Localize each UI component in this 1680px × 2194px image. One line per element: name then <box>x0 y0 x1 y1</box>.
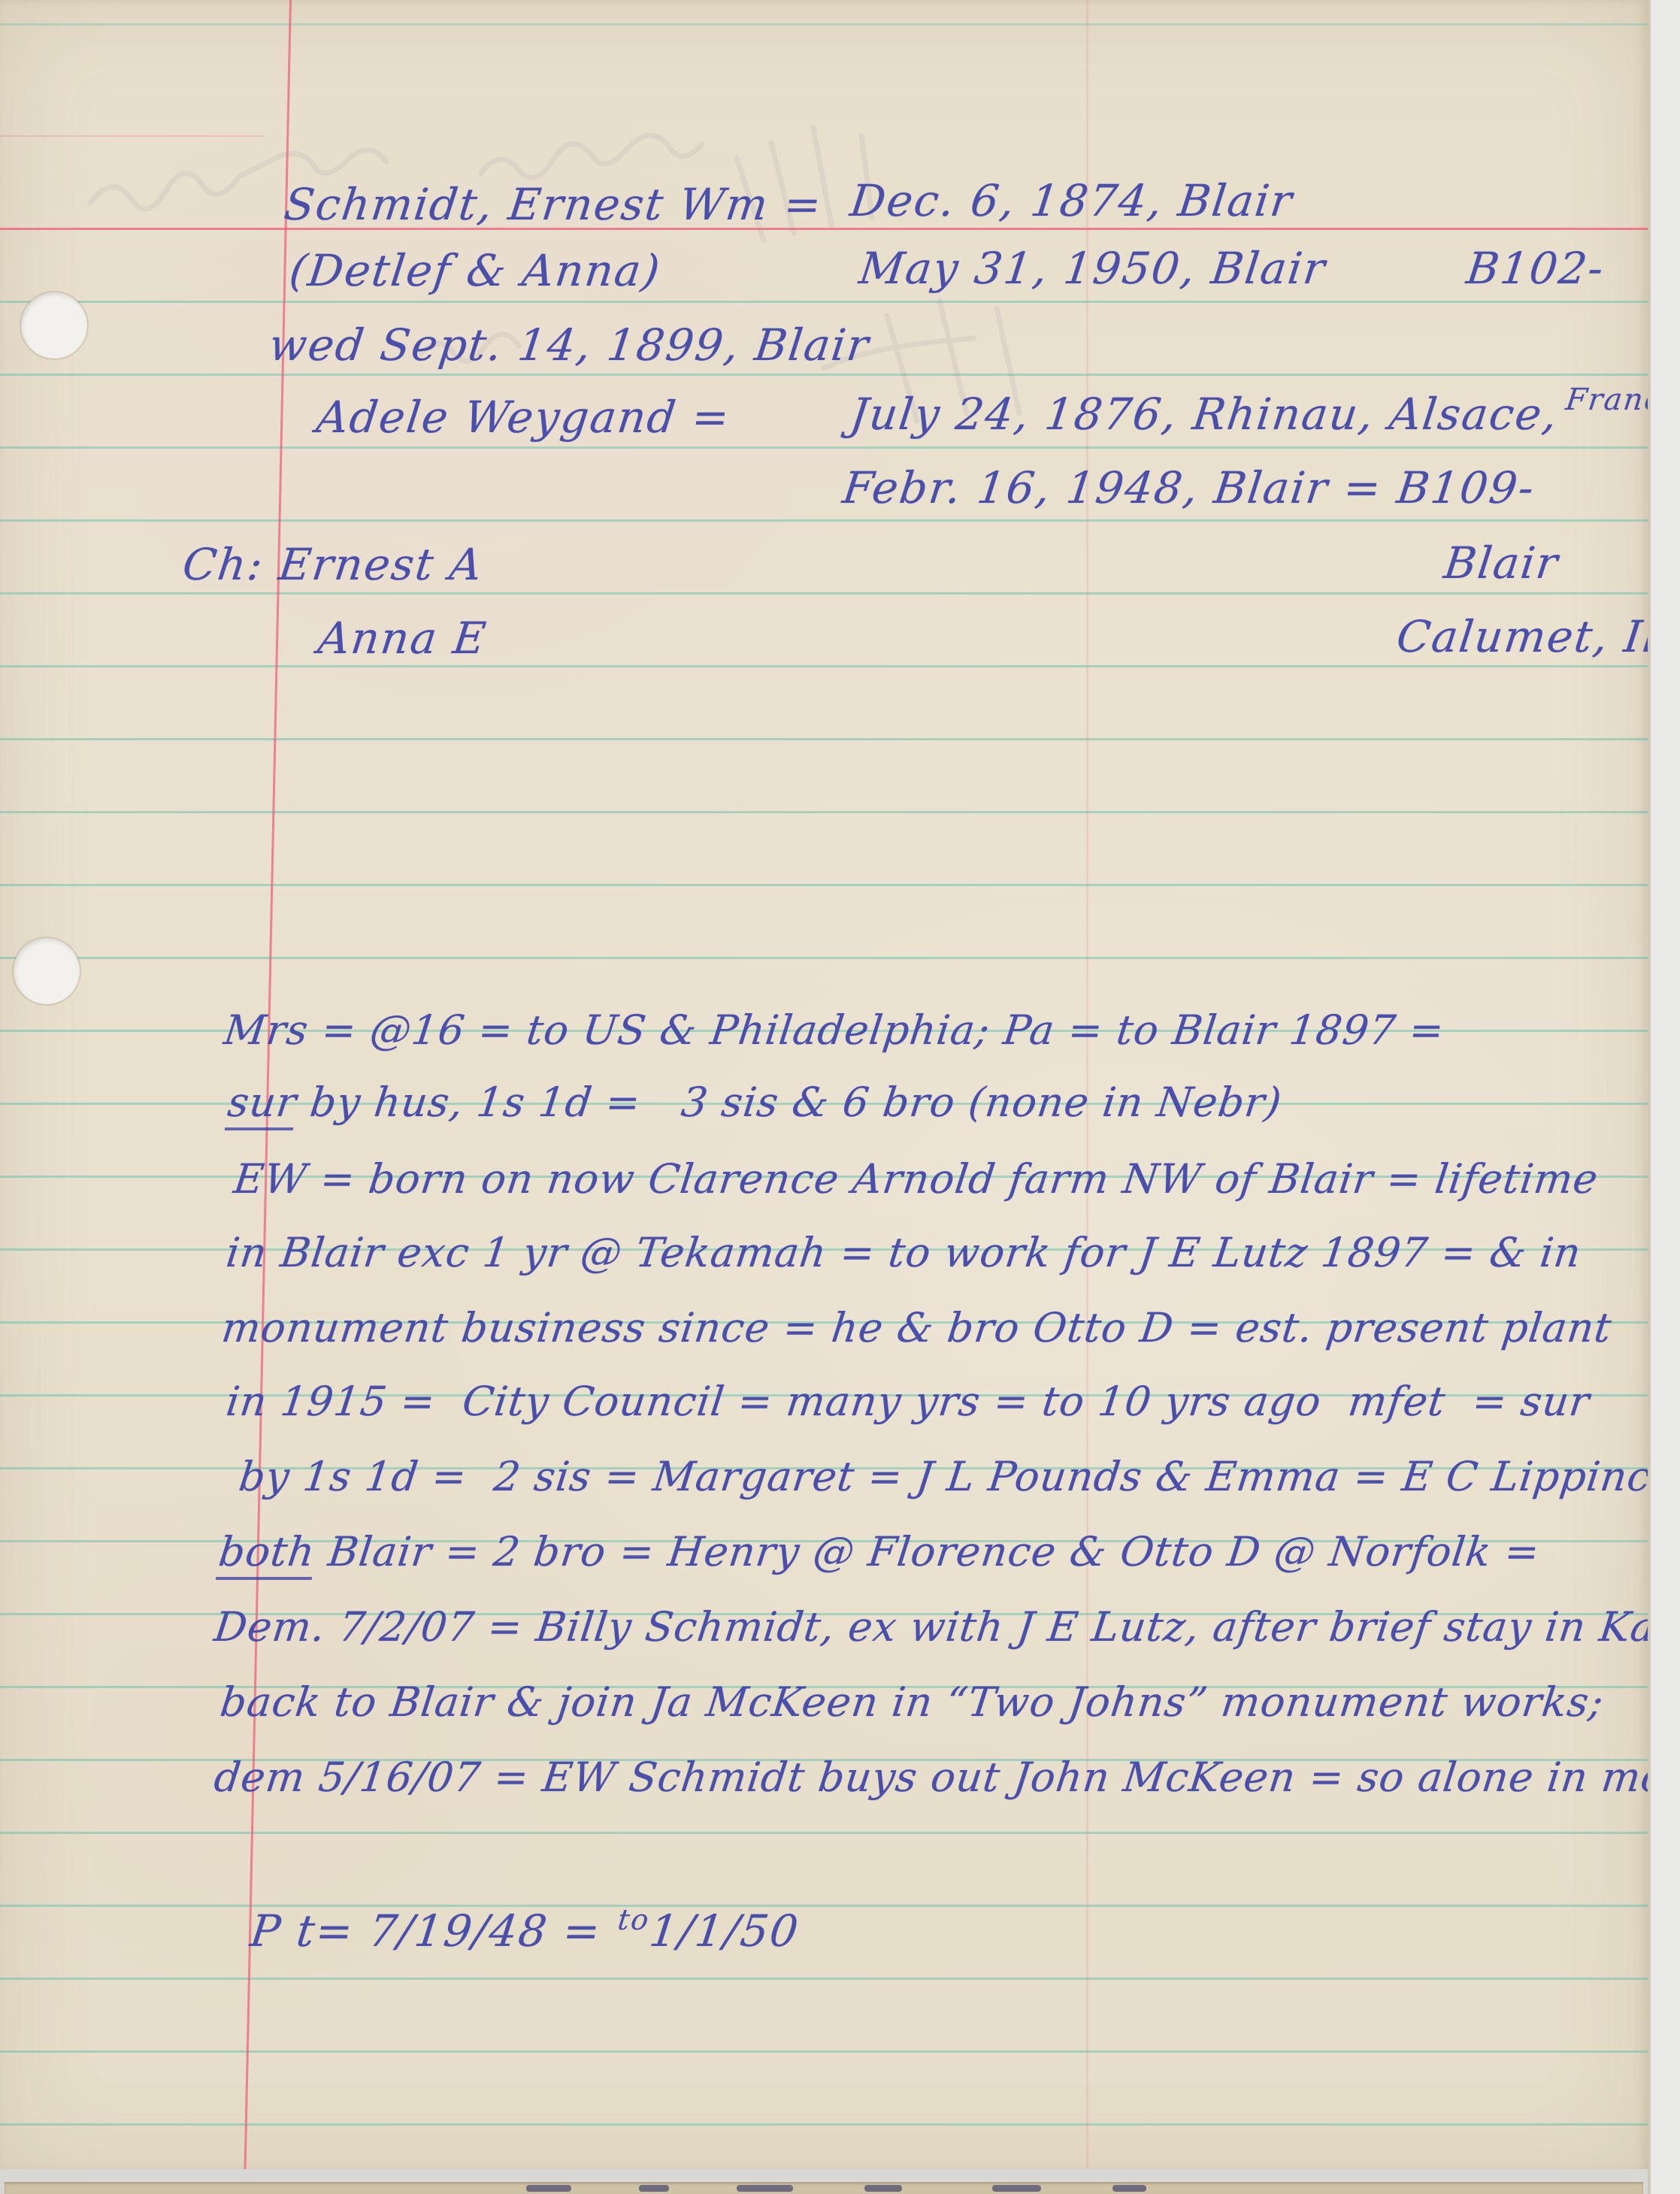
children-place-second: Calumet, Ill <box>1394 615 1676 658</box>
spouse-death-date: Febr. 16, 1948, Blair = B109- <box>840 466 1537 510</box>
note-line-2: sur by hus, 1s 1d = 3 sis & 6 bro (none … <box>226 1082 1284 1123</box>
note-line-8: both Blair = 2 bro = Henry @ Florence & … <box>216 1532 1542 1572</box>
note-line-5: monument business since = he & bro Otto … <box>219 1308 1614 1348</box>
next-page-ink-mark <box>864 2185 902 2192</box>
note-line-6: in 1915 = City Council = many yrs = to 1… <box>224 1381 1592 1422</box>
punch-hole-middle <box>14 938 80 1004</box>
scanned-document: Schmidt, Ernest Wm = Dec. 6, 1874, Blair… <box>0 0 1680 2194</box>
children-second: Anna E <box>316 616 489 660</box>
entry-death-date: May 31, 1950, Blair <box>857 247 1328 290</box>
note-line-4: in Blair exc 1 yr @ Tekamah = to work fo… <box>224 1233 1584 1273</box>
next-page-ink-mark <box>992 2185 1041 2192</box>
punch-hole-top <box>21 292 87 359</box>
scanner-background-right <box>1648 0 1680 2194</box>
next-page-ink-mark <box>737 2185 793 2192</box>
entry-birth-date: Dec. 6, 1874, Blair <box>848 179 1296 222</box>
entry-name: Schmidt, Ernest Wm = <box>282 183 825 226</box>
wedding-date: wed Sept. 14, 1899, Blair <box>267 323 872 367</box>
children-place-first: Blair <box>1442 541 1561 585</box>
next-page-edge <box>5 2182 1643 2194</box>
note-line-11: dem 5/16/07 = EW Schmidt buys out John M… <box>212 1757 1680 1798</box>
next-page-ink-mark <box>526 2185 571 2192</box>
source-citation: P t= 7/19/48 = to1/1/50 <box>248 1909 802 1953</box>
cemetery-code: B102- <box>1464 247 1607 290</box>
spouse-name: Adele Weygand = <box>314 395 733 439</box>
note-line-10: back to Blair & join Ja McKeen in “Two J… <box>218 1682 1606 1723</box>
note-line-1: Mrs = @16 = to US & Philadelphia; Pa = t… <box>222 1010 1447 1051</box>
note-line-3: EW = born on now Clarence Arnold farm NW… <box>232 1159 1600 1200</box>
spouse-birth-date: July 24, 1876, Rhinau, Alsace,France <box>848 392 1680 436</box>
note-line-7: by 1s 1d = 2 sis = Margaret = J L Pounds… <box>237 1457 1680 1497</box>
children-list-first: Ch: Ernest A <box>180 543 486 586</box>
note-line-9: Dem. 7/2/07 = Billy Schmidt, ex with J E… <box>212 1607 1680 1648</box>
underlined-word: both <box>216 1528 318 1580</box>
superscript-correction: to <box>616 1903 652 1936</box>
next-page-ink-mark <box>1112 2185 1146 2192</box>
entry-parents: (Detlef & Anna) <box>287 249 664 292</box>
underlined-word: sur <box>225 1079 300 1130</box>
next-page-ink-mark <box>639 2185 669 2192</box>
